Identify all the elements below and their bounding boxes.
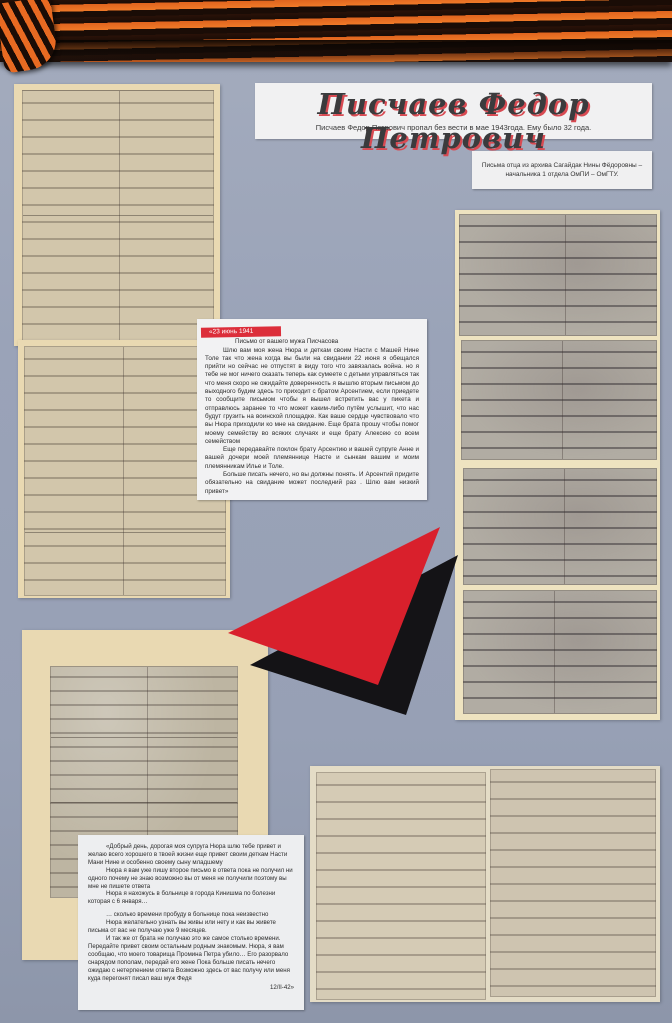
letter-paragraph: Нюра желательно узнать вы живы или нету … bbox=[88, 919, 294, 935]
letter-paragraph: … сколько времени пробуду в больнице пок… bbox=[88, 911, 294, 919]
letter-scan bbox=[22, 90, 214, 342]
letter-scan bbox=[24, 346, 226, 596]
letter-signature-date: 12/II-42» bbox=[88, 984, 294, 992]
title-subtitle: Писчаев Федор Петрович пропал без вести … bbox=[255, 123, 652, 132]
letter-paragraph: Нюра я нахожусь в больнице в города Кини… bbox=[88, 890, 294, 906]
archive-note-text: Письма отца из архива Сагайдак Нины Фёдо… bbox=[478, 161, 646, 179]
letter-1942-transcript: «Добрый день, дорогая моя супруга Нюра ш… bbox=[78, 835, 304, 1010]
handwritten-letter-top-left bbox=[14, 84, 220, 346]
handwritten-letter-right-column bbox=[455, 210, 660, 720]
letter-paragraph: Нюра я вам уже пишу второе письмо в отве… bbox=[88, 867, 294, 891]
fold-line bbox=[51, 802, 237, 803]
fold-line bbox=[554, 591, 555, 713]
letter-fragment-3 bbox=[463, 468, 657, 585]
letter-fragment-1 bbox=[459, 214, 657, 336]
letter-1941-transcript: «23 июнь 1941 Письмо от вашего мужа Писч… bbox=[197, 319, 427, 500]
letter-paragraph: Шлю вам моя жена Нюра и деткам своим Нас… bbox=[205, 347, 419, 447]
letter-fragment-4 bbox=[463, 590, 657, 714]
title-banner: Писчаев Федор Петрович Писчаев Федор Пет… bbox=[255, 83, 652, 139]
fold-line bbox=[119, 91, 120, 341]
letter-paragraph: Еще передавайте поклон брату Арсентию и … bbox=[205, 446, 419, 471]
fold-line bbox=[51, 737, 237, 738]
letter-fragment-2 bbox=[461, 340, 657, 460]
letter-page-left bbox=[316, 772, 486, 1000]
letter-page-right bbox=[490, 769, 656, 997]
letter-paragraph: «Добрый день, дорогая моя супруга Нюра ш… bbox=[88, 843, 294, 867]
letter-paragraph: Больше писать нечего, но вы должны понят… bbox=[205, 471, 419, 496]
fold-line bbox=[565, 215, 566, 335]
handwritten-letter-bottom-right bbox=[310, 766, 660, 1002]
fold-line bbox=[564, 469, 565, 584]
fold-line bbox=[25, 532, 225, 533]
date-tag: «23 июнь 1941 bbox=[201, 326, 282, 338]
ribbon-shadow bbox=[0, 40, 672, 62]
fold-line bbox=[562, 341, 563, 459]
letter-paragraph: И так же от брата не получаю это же само… bbox=[88, 935, 294, 982]
archive-note: Письма отца из архива Сагайдак Нины Фёдо… bbox=[472, 151, 652, 189]
fold-line bbox=[123, 347, 124, 595]
decorative-triangles bbox=[228, 525, 468, 725]
fold-line bbox=[23, 215, 213, 216]
letter-heading: Письмо от вашего мужа Писчасова bbox=[205, 338, 419, 346]
page-title: Писчаев Федор Петрович bbox=[255, 87, 652, 155]
